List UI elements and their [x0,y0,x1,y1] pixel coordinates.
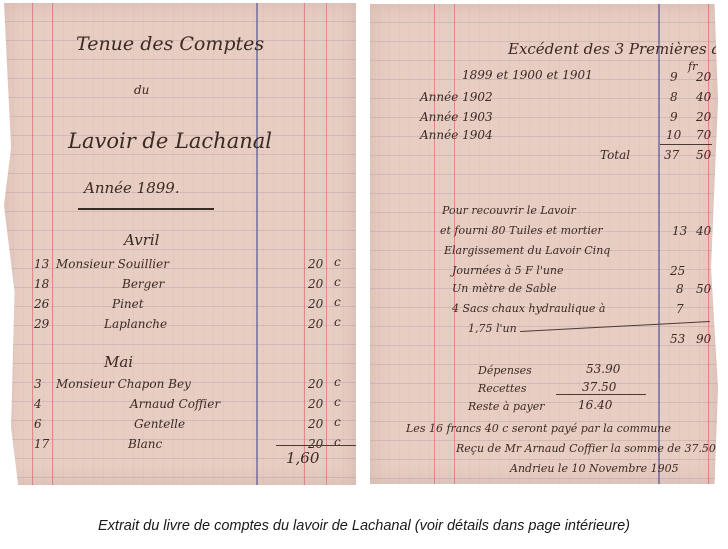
sum-line [520,321,710,332]
divider [78,208,214,210]
section-heading: Excédent des 3 Premières années [508,40,728,58]
sum-line [660,144,712,145]
image-caption: Extrait du livre de comptes du lavoir de… [0,518,728,534]
ledger-title: Tenue des Comptes [76,33,264,55]
ledger-page-right: Excédent des 3 Premières années fr 1899 … [370,4,718,484]
ledger-year: Année 1899. [84,179,180,197]
column-line [256,3,258,485]
ledger-title-du: du [134,83,149,97]
column-line [658,4,660,484]
margin-line [434,4,435,484]
column-line [304,3,305,485]
sum-line [276,445,356,446]
month-heading: Avril [124,231,159,249]
receipt-line: Reçu de Mr Arnaud Coffier la somme de 37… [456,442,716,455]
ledger-subtitle: Lavoir de Lachanal [68,129,272,153]
sum-line [556,394,646,395]
payment-note: Les 16 francs 40 c seront payé par la co… [406,422,671,435]
page-total: 1,60 [286,449,319,467]
ledger-page-left: Tenue des Comptes du Lavoir de Lachanal … [4,3,356,485]
margin-line [32,3,33,485]
signature-date: Andrieu le 10 Novembre 1905 [510,462,679,475]
month-heading: Mai [104,353,133,371]
column-line [326,3,327,485]
margin-line [52,3,53,485]
